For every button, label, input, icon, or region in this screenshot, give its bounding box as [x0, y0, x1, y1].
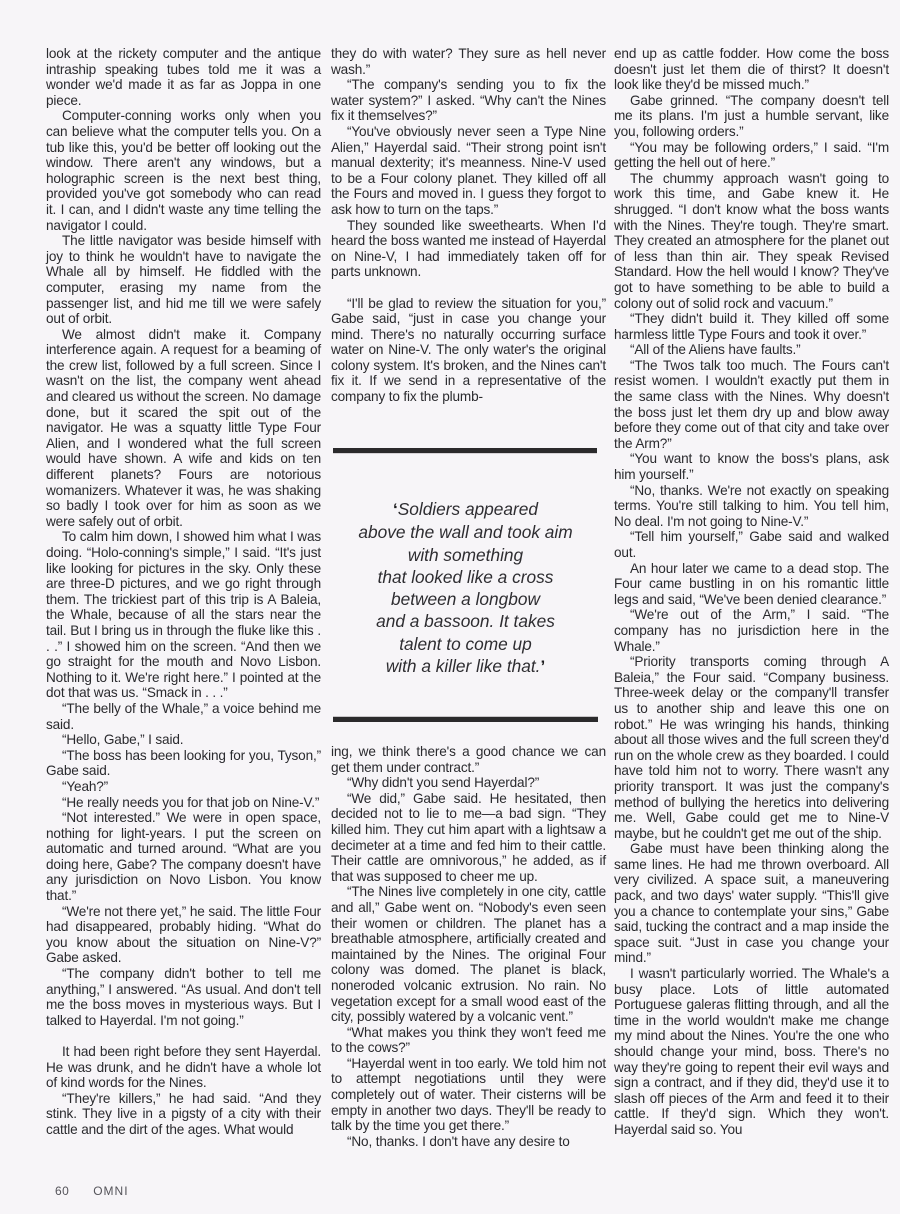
paragraph: “I'll be glad to review the situation fo…	[331, 296, 606, 405]
paragraph: To calm him down, I showed him what I wa…	[46, 529, 321, 701]
magazine-page: look at the rickety computer and the ant…	[0, 0, 900, 1214]
paragraph: Gabe grinned. “The company doesn't tell …	[614, 93, 889, 140]
paragraph: “He really needs you for that job on Nin…	[46, 795, 321, 811]
pull-quote-line: talent to come up	[333, 633, 598, 655]
paragraph: “They're killers,” he had said. “And the…	[46, 1091, 321, 1138]
text-column-3: end up as cattle fodder. How come the bo…	[614, 46, 889, 1138]
paragraph: An hour later we came to a dead stop. Th…	[614, 561, 889, 608]
page-number: 60	[55, 1184, 69, 1198]
paragraph: “The Nines live completely in one city, …	[331, 884, 606, 1024]
paragraph: “Hayerdal went in too early. We told him…	[331, 1056, 606, 1134]
paragraph: “The company's sending you to fix the wa…	[331, 77, 606, 124]
paragraph: look at the rickety computer and the ant…	[46, 46, 321, 108]
pull-quote-line: ‘Soldiers appeared	[333, 498, 598, 521]
paragraph: “The company didn't bother to tell me an…	[46, 966, 321, 1028]
page-footer: 60 OMNI	[55, 1184, 129, 1198]
paragraph: I wasn't particularly worried. The Whale…	[614, 966, 889, 1138]
pull-quote-line: between a longbow	[333, 588, 598, 610]
paragraph: “Priority transports coming through A Ba…	[614, 654, 889, 841]
paragraph: We almost didn't make it. Company interf…	[46, 327, 321, 530]
pull-quote: ‘Soldiers appeared above the wall and to…	[333, 498, 598, 678]
paragraph: “We did,” Gabe said. He hesitated, then …	[331, 791, 606, 885]
paragraph: “Not interested.” We were in open space,…	[46, 810, 321, 904]
text-column-2-top: they do with water? They sure as hell ne…	[331, 46, 606, 405]
pull-quote-line: above the wall and took aim	[333, 521, 598, 543]
pull-quote-line: with something	[333, 544, 598, 566]
publication-name: OMNI	[93, 1184, 128, 1198]
paragraph: The little navigator was beside himself …	[46, 233, 321, 327]
paragraph: “You've obviously never seen a Type Nine…	[331, 124, 606, 218]
text-column-2-bottom: ing, we think there's a good chance we c…	[331, 744, 606, 1149]
paragraph: Gabe must have been thinking along the s…	[614, 841, 889, 966]
paragraph: “No, thanks. I don't have any desire to	[331, 1134, 606, 1150]
paragraph: They sounded like sweethearts. When I'd …	[331, 218, 606, 280]
paragraph: “We're out of the Arm,” I said. “The com…	[614, 607, 889, 654]
paragraph: “We're not there yet,” he said. The litt…	[46, 904, 321, 966]
paragraph: “You want to know the boss's plans, ask …	[614, 451, 889, 482]
divider-rule-top	[333, 448, 597, 454]
pull-quote-line: and a bassoon. It takes	[333, 610, 598, 632]
paragraph: “Yeah?”	[46, 779, 321, 795]
pull-quote-block: ‘Soldiers appeared above the wall and to…	[333, 448, 608, 718]
paragraph: “The boss has been looking for you, Tyso…	[46, 748, 321, 779]
paragraph: “Tell him yourself,” Gabe said and walke…	[614, 529, 889, 560]
paragraph: “All of the Aliens have faults.”	[614, 342, 889, 358]
paragraph: Computer-conning works only when you can…	[46, 108, 321, 233]
paragraph: “You may be following orders,” I said. “…	[614, 140, 889, 171]
paragraph: “They didn't build it. They killed off s…	[614, 311, 889, 342]
paragraph: end up as cattle fodder. How come the bo…	[614, 46, 889, 93]
paragraph: “Why didn't you send Hayerdal?”	[331, 775, 606, 791]
pull-quote-line: that looked like a cross	[333, 566, 598, 588]
paragraph: ing, we think there's a good chance we c…	[331, 744, 606, 775]
paragraph: “Hello, Gabe,” I said.	[46, 732, 321, 748]
paragraph: “The Twos talk too much. The Fours can't…	[614, 358, 889, 452]
text-column-1: look at the rickety computer and the ant…	[46, 46, 321, 1138]
pull-quote-line: with a killer like that.’	[333, 655, 598, 678]
paragraph: “The belly of the Whale,” a voice behind…	[46, 701, 321, 732]
paragraph: they do with water? They sure as hell ne…	[331, 46, 606, 77]
paragraph: The chummy approach wasn't going to work…	[614, 171, 889, 311]
divider-rule-bottom	[333, 716, 598, 722]
paragraph: It had been right before they sent Hayer…	[46, 1044, 321, 1091]
paragraph: “No, thanks. We're not exactly on speaki…	[614, 483, 889, 530]
close-quote-mark-icon: ’	[540, 657, 545, 676]
paragraph: “What makes you think they won't feed me…	[331, 1025, 606, 1056]
